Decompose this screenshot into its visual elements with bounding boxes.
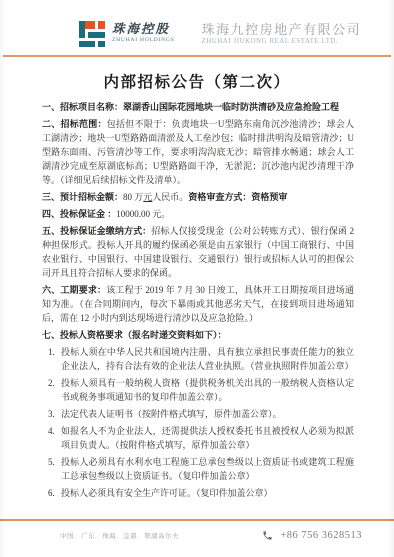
item-text: 投标人须具有一般纳税人资格（提供税务机关出具的一般纳税人资格认定书或税务事项通知…: [61, 376, 354, 404]
section-label: 二、招标范围：: [42, 119, 107, 129]
section-label: 六、工期要求：: [42, 285, 106, 295]
footer-location: 中国．广东．珠海．金鼎．翠湖高尔夫: [60, 531, 179, 540]
section-deposit: 四、投标保证金 ：10000.00 元。: [42, 207, 354, 221]
company-name-en: ZHUHAI JIUKONG REAL ESTATE LTD.: [202, 37, 362, 46]
item-number: 4.: [48, 424, 61, 452]
brand-block: 珠海控股 ZHUHAI HOLDINGS: [112, 21, 175, 44]
qualification-item: 4.如报名人不为企业法人，还需提供法人授权委托书且被授权人必须为拟派项目负责人。…: [42, 424, 354, 452]
section-schedule: 六、工期要求：该工程于 2019 年 7 月 30 日竣工，具体开工日期按项目进…: [42, 283, 354, 325]
phone-icon: [262, 530, 273, 541]
brand-name-en: ZHUHAI HOLDINGS: [112, 36, 175, 44]
item-number: 1.: [48, 345, 61, 373]
page-title: 内部招标公告（第二次）: [0, 70, 394, 92]
footer: 中国．广东．珠海．金鼎．翠湖高尔夫 +86 756 3628513: [0, 519, 394, 557]
item-number: 2.: [48, 376, 61, 404]
item-text: 投标人必须具有安全生产许可证。（复印件加盖公章）: [61, 486, 354, 500]
footer-phone-number: +86 756 3628513: [280, 530, 362, 541]
section-label: 一、招标项目名称：: [42, 102, 123, 112]
item-number: 3.: [48, 407, 61, 421]
item-number: 5.: [48, 455, 61, 483]
company-name-cn: 珠海九控房地产有限公司: [202, 22, 362, 37]
header: 珠海控股 ZHUHAI HOLDINGS 珠海九控房地产有限公司 ZHUHAI …: [3, 0, 391, 57]
zhuhai-holdings-logo-icon: [79, 21, 105, 47]
item-text: 如报名人不为企业法人，还需提供法人授权委托书且被授权人必须为拟派项目负责人。（按…: [61, 424, 354, 452]
section-qualification: 七、投标人资格要求（报名时递交资料如下）：: [42, 328, 354, 342]
section-label: 四、投标保证金 ：: [42, 209, 116, 219]
document-body: 一、招标项目名称：翠湖香山国际花园地块一临时防洪清砂及应急抢险工程 二、招标范围…: [0, 100, 394, 500]
section-label: 三、预计招标金额：: [42, 192, 123, 202]
qualification-list: 1.投标人须在中华人民共和国境内注册、具有独立承担民事责任能力的独立企业法人，持…: [42, 345, 354, 500]
item-text: 投标人须在中华人民共和国境内注册、具有独立承担民事责任能力的独立企业法人，持有合…: [61, 345, 354, 373]
section-deposit-payment: 五、投标保证金缴纳方式：招标人仅接受现金（公对公转账方式）、银行保函 2 种担保…: [42, 224, 354, 280]
section-label: 五、投标保证金缴纳方式：: [42, 226, 151, 236]
amount-unit: 元: [143, 192, 152, 202]
qualification-item: 6.投标人必须具有安全生产许可证。（复印件加盖公章）: [42, 486, 354, 500]
project-name: 翠湖香山国际花园地块一临时防洪清砂及应急抢险工程: [123, 102, 339, 112]
item-number: 6.: [48, 486, 61, 500]
qualification-item: 3.法定代表人证明书（按附件格式填写，原件加盖公章）。: [42, 407, 354, 421]
qualification-item: 5.投标人必须具有水利水电工程施工总承包叁级以上资质证书或建筑工程施工总承包叁级…: [42, 455, 354, 483]
item-text: 投标人必须具有水利水电工程施工总承包叁级以上资质证书或建筑工程施工总承包叁级以上…: [61, 455, 354, 483]
section-scope: 二、招标范围：包括但不限于：负责地块一U型路东南角沉沙池清沙；球会人工湖清沙；地…: [42, 117, 354, 187]
brand-name-cn: 珠海控股: [112, 22, 175, 36]
qualification-item: 1.投标人须在中华人民共和国境内注册、具有独立承担民事责任能力的独立企业法人，持…: [42, 345, 354, 373]
item-text: 法定代表人证明书（按附件格式填写，原件加盖公章）。: [61, 407, 354, 421]
qualification-item: 2.投标人须具有一般纳税人资格（提供税务机关出具的一般纳税人资格认定书或税务事项…: [42, 376, 354, 404]
section-amount: 三、预计招标金额：80 万元人民币。资格审查方式：资格预审: [42, 190, 354, 204]
footer-phone-block: +86 756 3628513: [262, 530, 362, 541]
company-block: 珠海九控房地产有限公司 ZHUHAI JIUKONG REAL ESTATE L…: [202, 21, 362, 46]
deposit-value: 10000.00 元。: [116, 209, 170, 219]
amount-value: 80 万: [123, 192, 143, 202]
amount-currency: 人民币。: [152, 192, 188, 202]
section-project-name: 一、招标项目名称：翠湖香山国际花园地块一临时防洪清砂及应急抢险工程: [42, 100, 354, 114]
review-method: 资格审查方式：资格预审: [188, 192, 287, 202]
section-label: 七、投标人资格要求（报名时递交资料如下）：: [42, 330, 227, 340]
